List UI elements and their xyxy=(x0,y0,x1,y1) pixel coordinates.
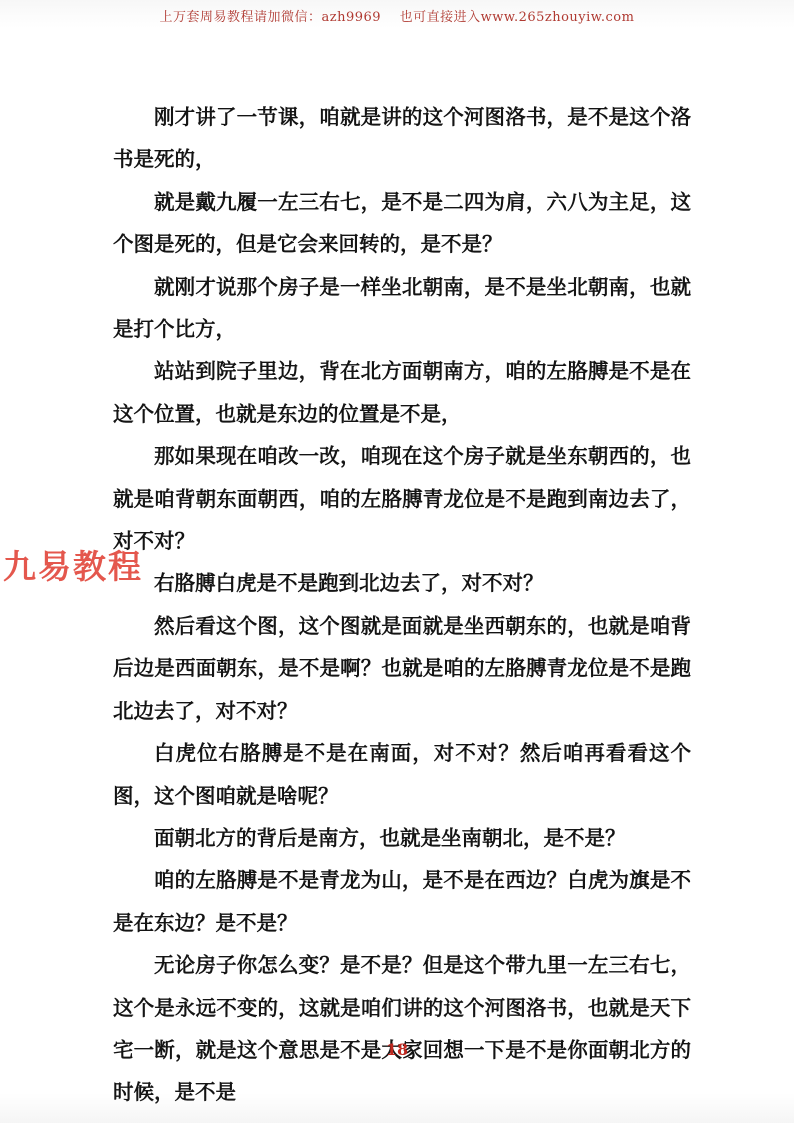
page-header-note: 上万套周易教程请加微信：azh9969 也可直接进入www.265zhouyiw… xyxy=(0,6,794,25)
paragraph: 然后看这个图，这个图就是面就是坐西朝东的，也就是咱背后边是西面朝东，是不是啊？也… xyxy=(113,605,691,732)
paragraph: 右胳膊白虎是不是跑到北边去了，对不对？ xyxy=(113,562,691,604)
paragraph: 无论房子你怎么变？是不是？但是这个带九里一左三右七，这个是永远不变的，这就是咱们… xyxy=(113,944,691,1114)
paragraph: 就是戴九履一左三右七，是不是二四为肩，六八为主足，这个图是死的，但是它会来回转的… xyxy=(113,181,691,266)
page-number: 18 xyxy=(0,1040,794,1059)
paragraph: 白虎位右胳膊是不是在南面，对不对？然后咱再看看这个图，这个图咱就是啥呢？ xyxy=(113,732,691,817)
paragraph: 刚才讲了一节课，咱就是讲的这个河图洛书，是不是这个洛书是死的， xyxy=(113,96,691,181)
paragraph: 就刚才说那个房子是一样坐北朝南，是不是坐北朝南，也就是打个比方， xyxy=(113,266,691,351)
document-page: 上万套周易教程请加微信：azh9969 也可直接进入www.265zhouyiw… xyxy=(0,0,794,1123)
paragraph: 那如果现在咱改一改，咱现在这个房子就是坐东朝西的，也就是咱背朝东面朝西，咱的左胳… xyxy=(113,435,691,562)
paragraph: 面朝北方的背后是南方，也就是坐南朝北，是不是？ xyxy=(113,817,691,859)
document-body: 刚才讲了一节课，咱就是讲的这个河图洛书，是不是这个洛书是死的， 就是戴九履一左三… xyxy=(113,96,691,1114)
paragraph: 站站到院子里边，背在北方面朝南方，咱的左胳膊是不是在这个位置，也就是东边的位置是… xyxy=(113,350,691,435)
paragraph: 咱的左胳膊是不是青龙为山，是不是在西边？白虎为旗是不是在东边？是不是？ xyxy=(113,859,691,944)
